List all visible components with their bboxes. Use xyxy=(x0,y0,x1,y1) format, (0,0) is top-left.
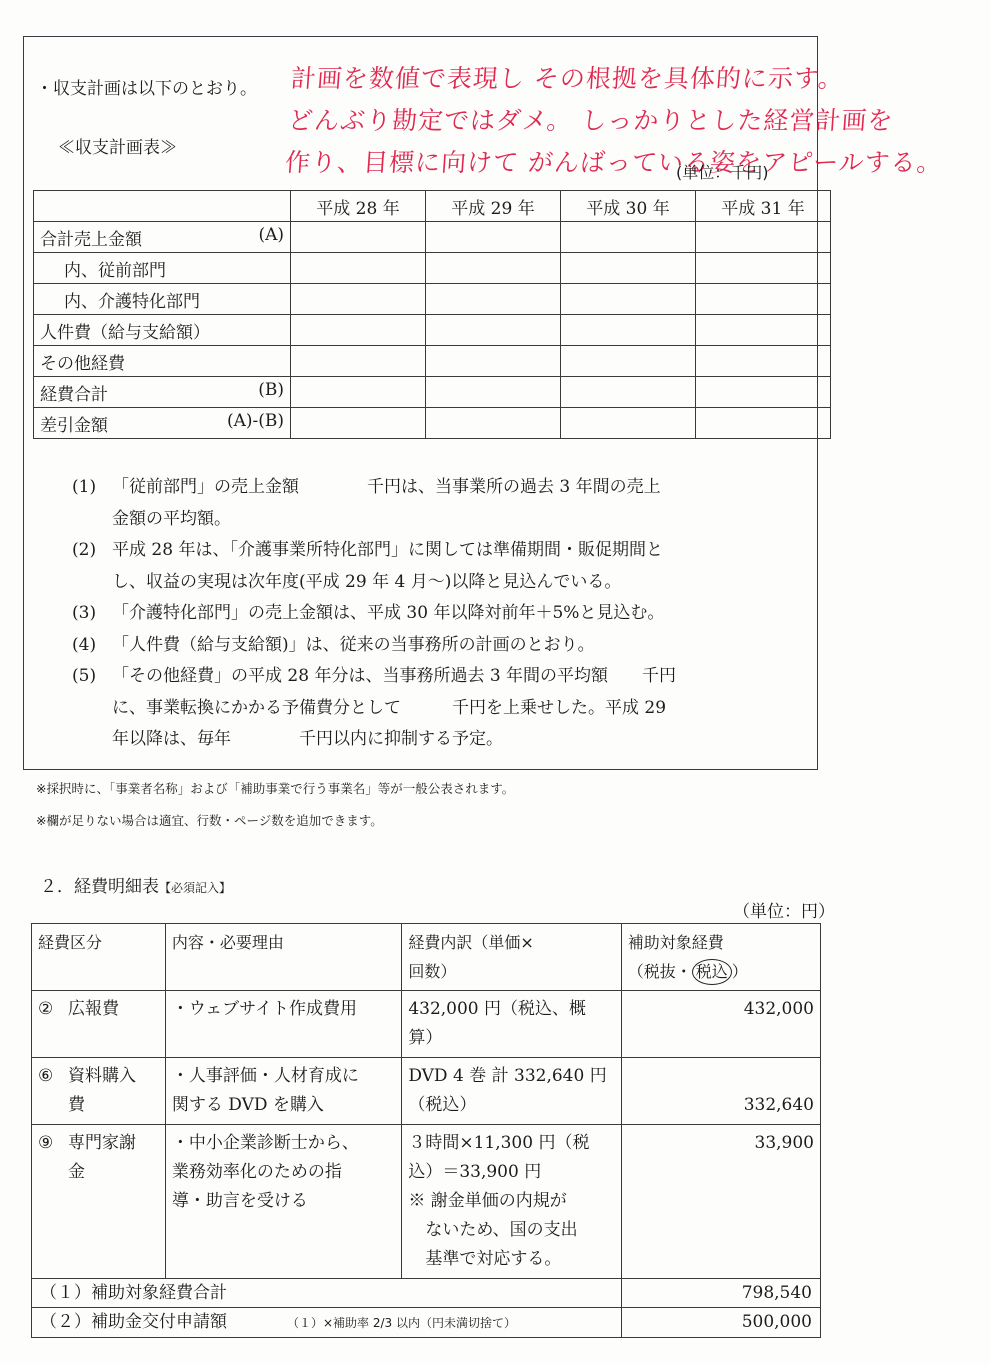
grant-label: （２）補助金交付申請額 xyxy=(40,1312,227,1332)
header-h28: 平成 28 年 xyxy=(291,191,426,222)
breakdown-line: ※ 謝金単価の内規が xyxy=(408,1187,614,1216)
plan-value-cell[interactable] xyxy=(426,346,561,377)
plan-value-cell[interactable] xyxy=(696,284,831,315)
annotation-line: どんぶり勘定ではダメ。 しっかりとした経営計画を xyxy=(287,100,947,142)
row-label-tag: (A)-(B) xyxy=(227,411,284,436)
plan-row: 人件費（給与支給額） xyxy=(34,315,831,346)
plan-value-cell[interactable] xyxy=(426,377,561,408)
expense-row: ⑥資料購入費 ・人事評価・人材育成に関する DVD を購入 DVD 4 巻 計 … xyxy=(32,1058,821,1125)
note-line: 金額の平均額。 xyxy=(72,504,676,536)
row-label-text: 差引金額 xyxy=(40,411,108,436)
plan-row-label: 合計売上金額(A) xyxy=(34,222,291,253)
expense-unit-label: （単位：円） xyxy=(733,897,835,922)
header-breakdown-line: 経費内訳（単価× xyxy=(408,928,614,957)
expense-header-row: 経費区分 内容・必要理由 経費内訳（単価× 回数） 補助対象経費 （税抜・税込） xyxy=(32,924,821,991)
plan-notes: (1)「従前部門」の売上金額 千円は、当事業所の過去 3 年間の売上金額の平均額… xyxy=(72,472,676,756)
expense-content: ・ウェブサイト作成費用 xyxy=(165,991,401,1058)
footnote-publication: ※採択時に、「事業者名称」および「補助事業で行う事業名」等が一般公表されます。 xyxy=(36,779,514,797)
income-plan-table: 平成 28 年 平成 29 年 平成 30 年 平成 31 年 合計売上金額(A… xyxy=(33,190,831,439)
header-category: 経費区分 xyxy=(32,924,166,991)
expense-amount: 432,000 xyxy=(621,991,820,1058)
tax-included-circled: 税込 xyxy=(692,959,732,985)
plan-value-cell[interactable] xyxy=(291,315,426,346)
section-title-text: ２．経費明細表 xyxy=(40,877,159,897)
content-line: 関する DVD を購入 xyxy=(172,1091,395,1120)
plan-value-cell[interactable] xyxy=(561,253,696,284)
header-content: 内容・必要理由 xyxy=(165,924,401,991)
breakdown-line: 込）＝33,900 円 xyxy=(408,1158,614,1187)
expense-content: ・中小企業診断士から、業務効率化のための指導・助言を受ける xyxy=(165,1125,401,1279)
breakdown-line: 基準で対応する。 xyxy=(408,1245,614,1274)
row-label-text: 内、従前部門 xyxy=(64,256,166,281)
plan-value-cell[interactable] xyxy=(291,222,426,253)
header-breakdown-line: 回数） xyxy=(408,957,614,986)
grant-row: （２）補助金交付申請額（１）×補助率 2/3 以内（円未満切捨て）500,000 xyxy=(32,1308,821,1338)
note-line: 年以降は、毎年 千円以内に抑制する予定。 xyxy=(72,724,676,756)
category-line: 金 xyxy=(68,1158,136,1187)
category-number: ⑥ xyxy=(38,1062,68,1120)
note-text: 「その他経費」の平成 28 年分は、当事務所過去 3 年間の平均額 千円 xyxy=(112,661,676,693)
expense-breakdown: DVD 4 巻 計 332,640 円（税込） xyxy=(402,1058,621,1125)
plan-value-cell[interactable] xyxy=(291,284,426,315)
plan-value-cell[interactable] xyxy=(426,253,561,284)
plan-value-cell[interactable] xyxy=(291,346,426,377)
total-row: （１）補助対象経費合計798,540 xyxy=(32,1279,821,1308)
plan-row: 経費合計(B) xyxy=(34,377,831,408)
required-tag: 【必須記入】 xyxy=(159,881,231,895)
expense-row: ②広報費 ・ウェブサイト作成費用 432,000 円（税込、概算） 432,00… xyxy=(32,991,821,1058)
expense-content: ・人事評価・人材育成に関する DVD を購入 xyxy=(165,1058,401,1125)
header-tax-option: （税抜・税込） xyxy=(628,957,814,986)
plan-value-cell[interactable] xyxy=(291,408,426,439)
category-number: ② xyxy=(38,995,68,1024)
plan-note: (3)「介護特化部門」の売上金額は、平成 30 年以降対前年＋5%と見込む。 xyxy=(72,598,676,630)
plan-value-cell[interactable] xyxy=(561,315,696,346)
note-number: (5) xyxy=(72,661,112,693)
paren-close: ） xyxy=(732,962,748,981)
note-text: 平成 28 年は、「介護事業所特化部門」に関しては準備期間・販促期間と xyxy=(112,535,663,567)
category-line: 費 xyxy=(68,1091,136,1120)
expense-category: ⑥資料購入費 xyxy=(32,1058,166,1125)
expense-row: ⑨専門家謝金 ・中小企業診断士から、業務効率化のための指導・助言を受ける ３時間… xyxy=(32,1125,821,1279)
expense-breakdown: ３時間×11,300 円（税込）＝33,900 円※ 謝金単価の内規が ないため… xyxy=(402,1125,621,1279)
expense-category: ②広報費 xyxy=(32,991,166,1058)
plan-value-cell[interactable] xyxy=(696,222,831,253)
plan-header-row: 平成 28 年 平成 29 年 平成 30 年 平成 31 年 xyxy=(34,191,831,222)
breakdown-line: 算） xyxy=(408,1024,614,1053)
expense-category: ⑨専門家謝金 xyxy=(32,1125,166,1279)
row-label-text: 経費合計 xyxy=(40,380,108,405)
plan-value-cell[interactable] xyxy=(696,253,831,284)
plan-value-cell[interactable] xyxy=(696,346,831,377)
total-label: （１）補助対象経費合計 xyxy=(32,1279,622,1308)
content-line: ・人事評価・人材育成に xyxy=(172,1062,395,1091)
header-eligible-expense: 補助対象経費 （税抜・税込） xyxy=(621,924,820,991)
plan-value-cell[interactable] xyxy=(561,408,696,439)
annotation-line: 作り、目標に向けて がんばっている姿をアピールする。 xyxy=(284,142,944,184)
grant-label-cell: （２）補助金交付申請額（１）×補助率 2/3 以内（円未満切捨て） xyxy=(32,1308,622,1338)
header-h30: 平成 30 年 xyxy=(561,191,696,222)
plan-row-label: 人件費（給与支給額） xyxy=(34,315,291,346)
plan-unit-label: (単位：千円) xyxy=(676,160,769,183)
note-line: (5)「その他経費」の平成 28 年分は、当事務所過去 3 年間の平均額 千円 xyxy=(72,661,676,693)
note-line: し、収益の実現は次年度(平成 29 年 4 月～)以降と見込んでいる。 xyxy=(72,567,676,599)
plan-table-caption: ≪収支計画表≫ xyxy=(58,133,177,158)
row-label-text: 人件費（給与支給額） xyxy=(40,318,210,343)
plan-value-cell[interactable] xyxy=(696,408,831,439)
plan-note: (2)平成 28 年は、「介護事業所特化部門」に関しては準備期間・販促期間とし、… xyxy=(72,535,676,598)
plan-note: (4)「人件費（給与支給額)」は、従来の当事務所の計画のとおり。 xyxy=(72,630,676,662)
plan-value-cell[interactable] xyxy=(426,315,561,346)
breakdown-line: 432,000 円（税込、概 xyxy=(408,995,614,1024)
plan-value-cell[interactable] xyxy=(696,377,831,408)
note-line: に、事業転換にかかる予備費分として 千円を上乗せした。平成 29 xyxy=(72,693,676,725)
note-text: 「人件費（給与支給額)」は、従来の当事務所の計画のとおり。 xyxy=(112,630,595,662)
expense-detail-table: 経費区分 内容・必要理由 経費内訳（単価× 回数） 補助対象経費 （税抜・税込）… xyxy=(31,923,821,1338)
plan-value-cell[interactable] xyxy=(291,377,426,408)
header-h29: 平成 29 年 xyxy=(426,191,561,222)
plan-row-label: 内、介護特化部門 xyxy=(34,284,291,315)
plan-row-label: 差引金額(A)-(B) xyxy=(34,408,291,439)
row-label-text: その他経費 xyxy=(40,349,125,374)
content-line: ・中小企業診断士から、 xyxy=(172,1129,395,1158)
header-breakdown: 経費内訳（単価× 回数） xyxy=(402,924,621,991)
total-value: 798,540 xyxy=(621,1279,820,1308)
note-line: (1)「従前部門」の売上金額 千円は、当事業所の過去 3 年間の売上 xyxy=(72,472,676,504)
content-line: 業務効率化のための指 xyxy=(172,1158,395,1187)
breakdown-line: ３時間×11,300 円（税 xyxy=(408,1129,614,1158)
content-line: 導・助言を受ける xyxy=(172,1187,395,1216)
row-label-tag: (A) xyxy=(258,225,284,250)
plan-value-cell[interactable] xyxy=(291,253,426,284)
note-line: (4)「人件費（給与支給額)」は、従来の当事務所の計画のとおり。 xyxy=(72,630,676,662)
tax-excluded-option: （税抜・ xyxy=(628,962,692,981)
note-line: (3)「介護特化部門」の売上金額は、平成 30 年以降対前年＋5%と見込む。 xyxy=(72,598,676,630)
expense-breakdown: 432,000 円（税込、概算） xyxy=(402,991,621,1058)
note-number: (2) xyxy=(72,535,112,567)
handwritten-annotation: 計画を数値で表現し その根拠を具体的に示す。 どんぶり勘定ではダメ。 しっかりと… xyxy=(284,58,950,184)
plan-row: その他経費 xyxy=(34,346,831,377)
note-line: (2)平成 28 年は、「介護事業所特化部門」に関しては準備期間・販促期間と xyxy=(72,535,676,567)
category-line: 専門家謝 xyxy=(68,1129,136,1158)
category-number: ⑨ xyxy=(38,1129,68,1187)
note-text: 「介護特化部門」の売上金額は、平成 30 年以降対前年＋5%と見込む。 xyxy=(112,598,664,630)
plan-row: 内、従前部門 xyxy=(34,253,831,284)
grant-value: 500,000 xyxy=(621,1308,820,1338)
plan-value-cell[interactable] xyxy=(561,222,696,253)
note-number: (1) xyxy=(72,472,112,504)
plan-row: 差引金額(A)-(B) xyxy=(34,408,831,439)
intro-text: ・収支計画は以下のとおり。 xyxy=(36,74,257,99)
plan-row-label: 経費合計(B) xyxy=(34,377,291,408)
note-number: (3) xyxy=(72,598,112,630)
plan-row-label: 内、従前部門 xyxy=(34,253,291,284)
row-label-text: 内、介護特化部門 xyxy=(64,287,200,312)
breakdown-line: ないため、国の支出 xyxy=(408,1216,614,1245)
row-label-text: 合計売上金額 xyxy=(40,225,142,250)
plan-value-cell[interactable] xyxy=(561,377,696,408)
expense-amount: 332,640 xyxy=(621,1058,820,1125)
header-eligible-line: 補助対象経費 xyxy=(628,928,814,957)
header-blank xyxy=(34,191,291,222)
header-h31: 平成 31 年 xyxy=(696,191,831,222)
plan-note: (1)「従前部門」の売上金額 千円は、当事業所の過去 3 年間の売上金額の平均額… xyxy=(72,472,676,535)
plan-row: 内、介護特化部門 xyxy=(34,284,831,315)
plan-value-cell[interactable] xyxy=(561,346,696,377)
section-title: ２．経費明細表【必須記入】 xyxy=(40,872,231,897)
plan-row-label: その他経費 xyxy=(34,346,291,377)
footnote-add-rows: ※欄が足りない場合は適宜、行数・ページ数を追加できます。 xyxy=(36,811,383,829)
breakdown-line: DVD 4 巻 計 332,640 円 xyxy=(408,1062,614,1091)
plan-value-cell[interactable] xyxy=(426,408,561,439)
category-line: 資料購入 xyxy=(68,1062,136,1091)
grant-rate-note: （１）×補助率 2/3 以内（円未満切捨て） xyxy=(287,1316,516,1330)
note-text: 「従前部門」の売上金額 千円は、当事業所の過去 3 年間の売上 xyxy=(112,472,661,504)
plan-value-cell[interactable] xyxy=(426,222,561,253)
plan-value-cell[interactable] xyxy=(561,284,696,315)
plan-value-cell[interactable] xyxy=(426,284,561,315)
note-number: (4) xyxy=(72,630,112,662)
content-line: ・ウェブサイト作成費用 xyxy=(172,995,395,1024)
plan-note: (5)「その他経費」の平成 28 年分は、当事務所過去 3 年間の平均額 千円に… xyxy=(72,661,676,756)
plan-row: 合計売上金額(A) xyxy=(34,222,831,253)
expense-amount: 33,900 xyxy=(621,1125,820,1279)
category-line: 広報費 xyxy=(68,995,119,1024)
breakdown-line: （税込） xyxy=(408,1091,614,1120)
row-label-tag: (B) xyxy=(258,380,284,405)
plan-value-cell[interactable] xyxy=(696,315,831,346)
annotation-line: 計画を数値で表現し その根拠を具体的に示す。 xyxy=(289,58,949,100)
